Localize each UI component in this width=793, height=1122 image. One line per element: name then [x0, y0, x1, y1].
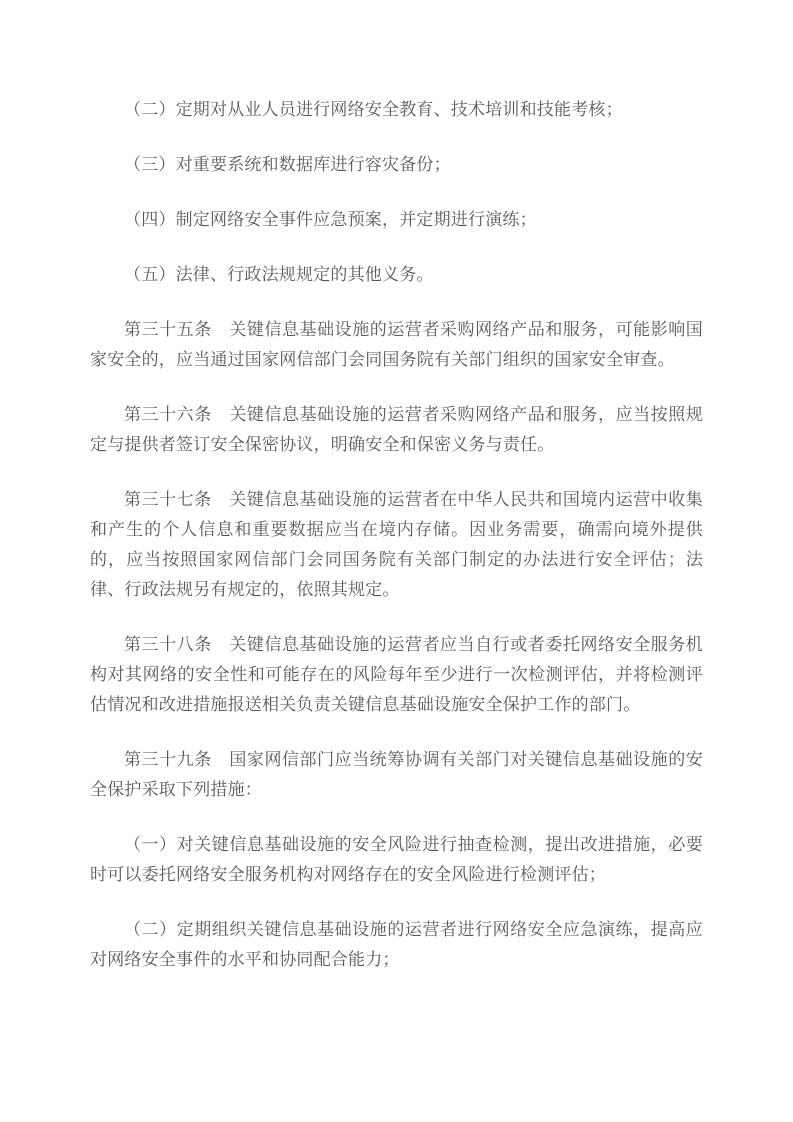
- paragraph: 第三十九条 国家网信部门应当统筹协调有关部门对关键信息基础设施的安全保护采取下列…: [90, 745, 703, 805]
- paragraph: （五）法律、行政法规规定的其他义务。: [90, 260, 703, 290]
- paragraph: 第三十七条 关键信息基础设施的运营者在中华人民共和国境内运营中收集和产生的个人信…: [90, 485, 703, 605]
- document-page: （二）定期对从业人员进行网络安全教育、技术培训和技能考核；（三）对重要系统和数据…: [0, 0, 793, 1122]
- paragraph: （四）制定网络安全事件应急预案，并定期进行演练；: [90, 205, 703, 235]
- paragraph: （二）定期对从业人员进行网络安全教育、技术培训和技能考核；: [90, 95, 703, 125]
- paragraph: （一）对关键信息基础设施的安全风险进行抽查检测，提出改进措施，必要时可以委托网络…: [90, 830, 703, 890]
- paragraph: （三）对重要系统和数据库进行容灾备份；: [90, 150, 703, 180]
- paragraph: （二）定期组织关键信息基础设施的运营者进行网络安全应急演练，提高应对网络安全事件…: [90, 915, 703, 975]
- paragraph: 第三十五条 关键信息基础设施的运营者采购网络产品和服务，可能影响国家安全的，应当…: [90, 315, 703, 375]
- paragraph: 第三十六条 关键信息基础设施的运营者采购网络产品和服务，应当按照规定与提供者签订…: [90, 400, 703, 460]
- document-body: （二）定期对从业人员进行网络安全教育、技术培训和技能考核；（三）对重要系统和数据…: [90, 95, 703, 975]
- paragraph: 第三十八条 关键信息基础设施的运营者应当自行或者委托网络安全服务机构对其网络的安…: [90, 630, 703, 720]
